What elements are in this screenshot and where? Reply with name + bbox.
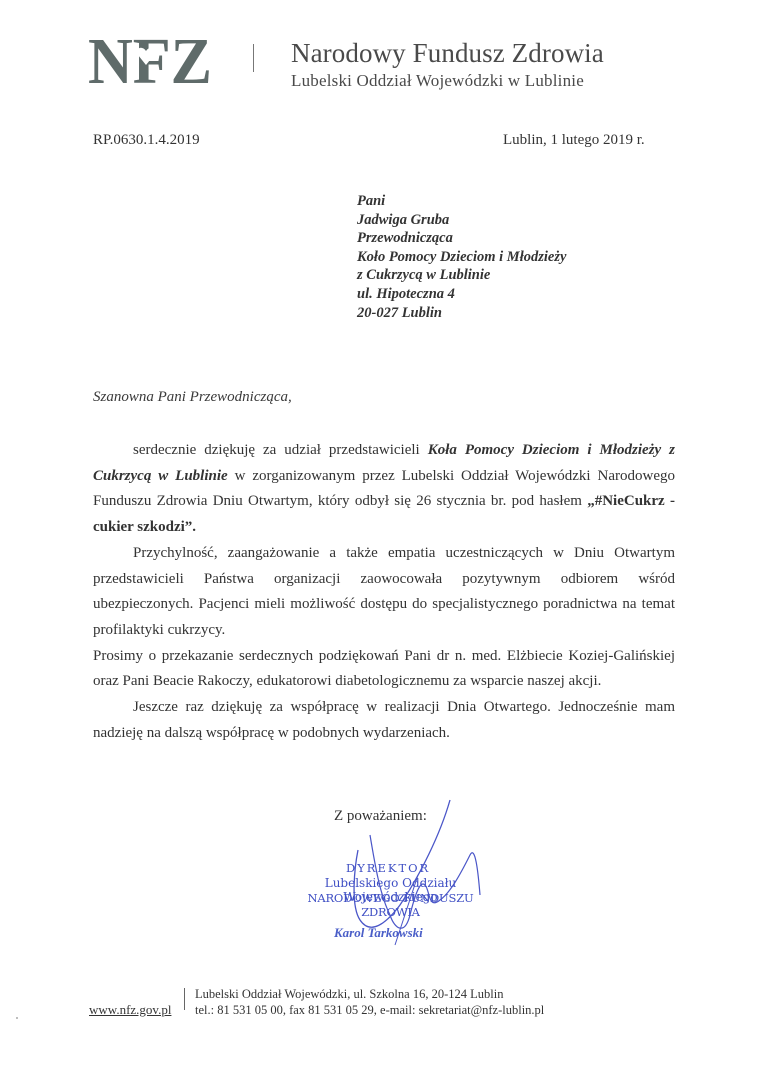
addressee-line: ul. Hipoteczna 4	[357, 285, 566, 304]
addressee-line: Koło Pomocy Dzieciom i Młodzieży	[357, 248, 566, 267]
institution-subtitle: Lubelski Oddział Wojewódzki w Lublinie	[291, 71, 584, 91]
paragraph-closing: Jeszcze raz dziękuję za współpracę w rea…	[93, 695, 675, 746]
reference-number: RP.0630.1.4.2019	[93, 132, 200, 149]
addressee-line: Pani	[357, 192, 566, 211]
institution-title: Narodowy Fundusz Zdrowia	[291, 38, 604, 69]
header-divider	[253, 44, 254, 72]
addressee-line: 20-027 Lublin	[357, 304, 566, 323]
place-date: Lublin, 1 lutego 2019 r.	[503, 132, 645, 149]
letter-body: serdecznie dziękuję za udział przedstawi…	[93, 438, 675, 746]
addressee-block: Pani Jadwiga Gruba Przewodnicząca Koło P…	[357, 192, 566, 322]
paragraph-engagement: Przychylność, zaangażowanie a także empa…	[93, 541, 675, 644]
scan-speck	[16, 1017, 18, 1019]
addressee-line: z Cukrzycą w Lublinie	[357, 266, 566, 285]
handwritten-signature	[300, 795, 510, 960]
paragraph-request: Prosimy o przekazanie serdecznych podzię…	[93, 644, 675, 695]
footer-contact: tel.: 81 531 05 00, fax 81 531 05 29, e-…	[195, 1003, 544, 1018]
nfz-logo-icon: NFZ	[88, 32, 212, 88]
nfz-logo: NFZ	[88, 32, 212, 88]
paragraph-thanks: serdecznie dziękuję za udział przedstawi…	[93, 438, 675, 541]
addressee-line: Przewodnicząca	[357, 229, 566, 248]
website-link[interactable]: www.nfz.gov.pl	[89, 1002, 171, 1018]
addressee-line: Jadwiga Gruba	[357, 211, 566, 230]
footer-divider	[184, 988, 185, 1010]
signature-icon	[300, 795, 510, 960]
salutation: Szanowna Pani Przewodnicząca,	[93, 389, 292, 406]
footer-address: Lubelski Oddział Wojewódzki, ul. Szkolna…	[195, 987, 503, 1002]
